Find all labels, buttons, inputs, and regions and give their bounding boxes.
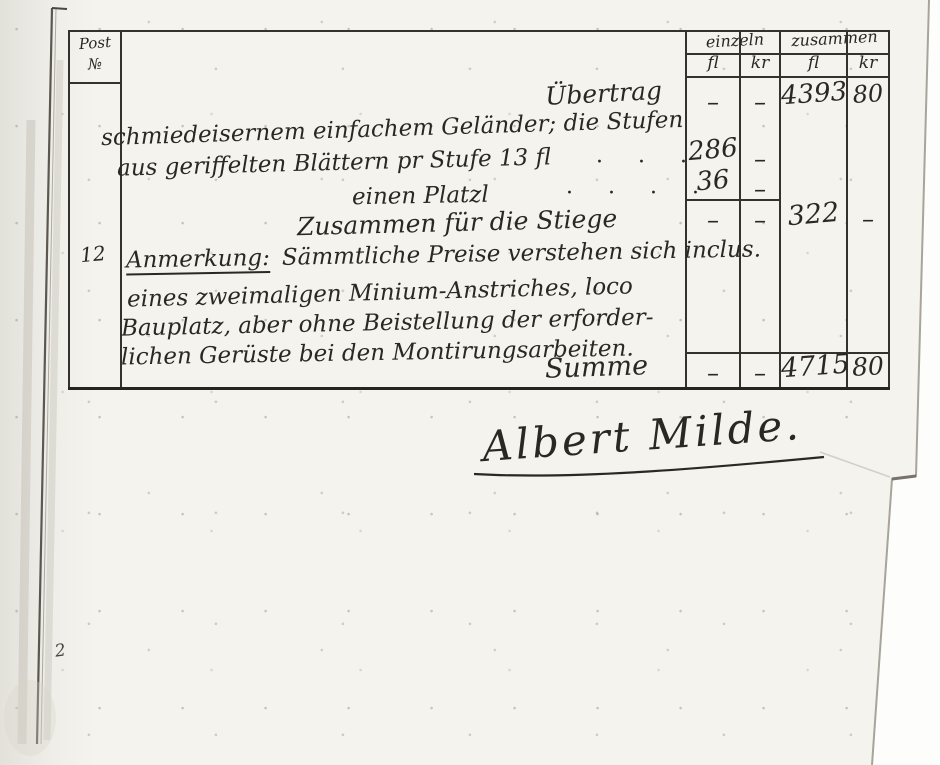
- uebertrag-zusammen-fl: 4393: [780, 79, 847, 111]
- background-outside-page: [872, 0, 940, 765]
- summe-einzeln-kr: –: [741, 361, 779, 386]
- post-number: 12: [71, 242, 115, 267]
- signature-underline-swash: [474, 457, 824, 476]
- page-edge-top-hook: [52, 8, 67, 9]
- stiege-einzeln-fl: –: [687, 208, 739, 233]
- uebertrag-label: Übertrag: [539, 78, 662, 111]
- signature-flourish: [468, 412, 838, 484]
- stiege-einzeln-kr: –: [741, 208, 779, 233]
- margin-mark: 2: [54, 642, 67, 661]
- table-border-right: [888, 30, 890, 389]
- stiege-zusammen-fl: 322: [780, 198, 847, 232]
- stiege-zusammen-kr: –: [848, 207, 888, 232]
- page-edge-band-outer: [22, 120, 31, 744]
- header-einzeln-fl: fl: [687, 55, 739, 73]
- bottom-left-smudge: [4, 680, 56, 756]
- scanned-document-page: Post № einzeln zusammen fl kr fl kr Über…: [0, 0, 940, 765]
- signature-block: Albert Milde.: [468, 412, 838, 484]
- item-line3-einzeln-fl: 36: [686, 166, 740, 198]
- summe-zusammen-fl: 4715: [780, 351, 847, 384]
- header-zusammen-kr: kr: [848, 55, 888, 73]
- rule-under-flkr-headers: [685, 76, 890, 78]
- item-line3: einen Platzl: [352, 183, 489, 210]
- rule-under-postno-header: [68, 82, 122, 84]
- uebertrag-einzeln-fl: –: [687, 90, 739, 115]
- summe-zusammen-kr: 80: [847, 353, 888, 381]
- item-line2-einzeln-fl: 286: [686, 135, 740, 167]
- header-zusammen-fl: fl: [781, 55, 846, 73]
- anmerkung-label: Anmerkung:: [126, 246, 270, 276]
- item-line2-einzeln-kr: –: [741, 147, 779, 172]
- table-border-bottom: [68, 387, 890, 390]
- summe-label: Summe: [545, 352, 649, 384]
- item-line3-einzeln-kr: –: [741, 177, 779, 202]
- summe-einzeln-fl: –: [687, 361, 739, 386]
- uebertrag-zusammen-kr: 80: [847, 81, 889, 109]
- uebertrag-einzeln-kr: –: [741, 90, 779, 115]
- header-einzeln-kr: kr: [741, 55, 779, 73]
